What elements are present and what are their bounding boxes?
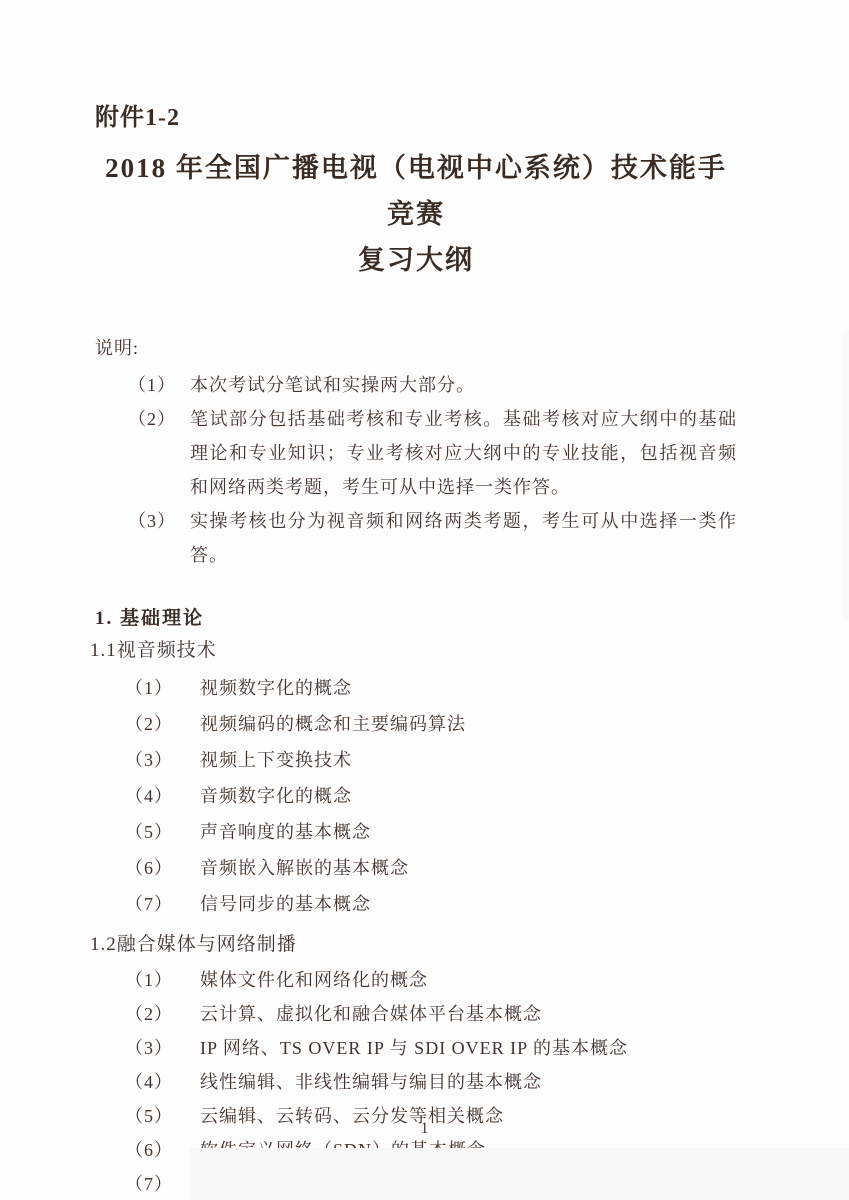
list-item-marker: （1） (125, 969, 200, 991)
list-item: （4） 线性编辑、非线性编辑与编目的基本概念 (95, 1071, 737, 1093)
note-item-2-marker: （2） (128, 402, 190, 504)
list-item: （2） 云计算、虚拟化和融合媒体平台基本概念 (95, 1003, 737, 1025)
list-item: （1） 视频数字化的概念 (95, 677, 737, 699)
note-item-1-text: 本次考试分笔试和实操两大部分。 (190, 368, 737, 402)
list-item: （1） 媒体文件化和网络化的概念 (95, 969, 737, 991)
list-item-marker: （5） (125, 821, 200, 843)
notes-section: 说明: （1） 本次考试分笔试和实操两大部分。 （2） 笔试部分包括基础考核和专… (95, 336, 737, 572)
page-number: 1 (0, 1120, 849, 1138)
list-item-marker: （7） (125, 893, 200, 915)
list-item-text: 声音响度的基本概念 (200, 821, 371, 843)
list-item: （3） IP 网络、TS OVER IP 与 SDI OVER IP 的基本概念 (95, 1037, 737, 1059)
note-item-3-marker: （3） (128, 504, 190, 572)
attachment-label: 附件1-2 (95, 103, 737, 133)
document-title-line2: 复习大纲 (95, 237, 737, 283)
list-item-marker: （1） (125, 677, 200, 699)
list-item-marker: （2） (125, 713, 200, 735)
notes-heading: 说明: (95, 336, 737, 360)
note-item-3-text: 实操考核也分为视音频和网络两类考题，考生可从中选择一类作答。 (190, 504, 737, 572)
list-item-text: 信号同步的基本概念 (200, 893, 371, 915)
list-item-text: 线性编辑、非线性编辑与编目的基本概念 (200, 1071, 542, 1093)
list-item-text: 媒体文件化和网络化的概念 (200, 969, 428, 991)
section-1-heading: 1. 基础理论 (95, 607, 737, 631)
list-item: （3） 视频上下变换技术 (95, 749, 737, 771)
list-item: （4） 音频数字化的概念 (95, 785, 737, 807)
subsection-1-1-list: （1） 视频数字化的概念 （2） 视频编码的概念和主要编码算法 （3） 视频上下… (95, 677, 737, 915)
list-item-marker: （4） (125, 1071, 200, 1093)
document-title: 2018 年全国广播电视（电视中心系统）技术能手竞赛 复习大纲 (95, 145, 737, 283)
list-item-text: 音频数字化的概念 (200, 785, 352, 807)
list-item: （6） 音频嵌入解嵌的基本概念 (95, 857, 737, 879)
list-item-marker: （6） (125, 1139, 200, 1161)
scan-shadow (190, 1148, 849, 1200)
subsection-1-1-heading: 1.1视音频技术 (90, 639, 737, 663)
list-item-marker: （3） (125, 749, 200, 771)
note-item-2-text: 笔试部分包括基础考核和专业考核。基础考核对应大纲中的基础理论和专业知识；专业考核… (190, 402, 737, 504)
list-item-text: 音频嵌入解嵌的基本概念 (200, 857, 409, 879)
list-item: （7） 信号同步的基本概念 (95, 893, 737, 915)
list-item-marker: （6） (125, 857, 200, 879)
list-item-marker: （7） (125, 1173, 200, 1195)
list-item-marker: （2） (125, 1003, 200, 1025)
subsection-1-2-heading: 1.2融合媒体与网络制播 (90, 933, 737, 957)
note-item-3: （3） 实操考核也分为视音频和网络两类考题，考生可从中选择一类作答。 (95, 504, 737, 572)
list-item-text: 视频数字化的概念 (200, 677, 352, 699)
list-item-text: 云计算、虚拟化和融合媒体平台基本概念 (200, 1003, 542, 1025)
list-item-text: IP 网络、TS OVER IP 与 SDI OVER IP 的基本概念 (200, 1037, 628, 1059)
note-item-1: （1） 本次考试分笔试和实操两大部分。 (95, 368, 737, 402)
document-content: 附件1-2 2018 年全国广播电视（电视中心系统）技术能手竞赛 复习大纲 说明… (0, 0, 849, 1195)
note-item-1-marker: （1） (128, 368, 190, 402)
document-title-line1: 2018 年全国广播电视（电视中心系统）技术能手竞赛 (95, 145, 737, 237)
list-item-text: 视频编码的概念和主要编码算法 (200, 713, 466, 735)
list-item-marker: （4） (125, 785, 200, 807)
list-item: （5） 声音响度的基本概念 (95, 821, 737, 843)
list-item-marker: （3） (125, 1037, 200, 1059)
list-item: （2） 视频编码的概念和主要编码算法 (95, 713, 737, 735)
scanned-document-page: 附件1-2 2018 年全国广播电视（电视中心系统）技术能手竞赛 复习大纲 说明… (0, 0, 849, 1200)
note-item-2: （2） 笔试部分包括基础考核和专业考核。基础考核对应大纲中的基础理论和专业知识；… (95, 402, 737, 504)
list-item-text: 视频上下变换技术 (200, 749, 352, 771)
